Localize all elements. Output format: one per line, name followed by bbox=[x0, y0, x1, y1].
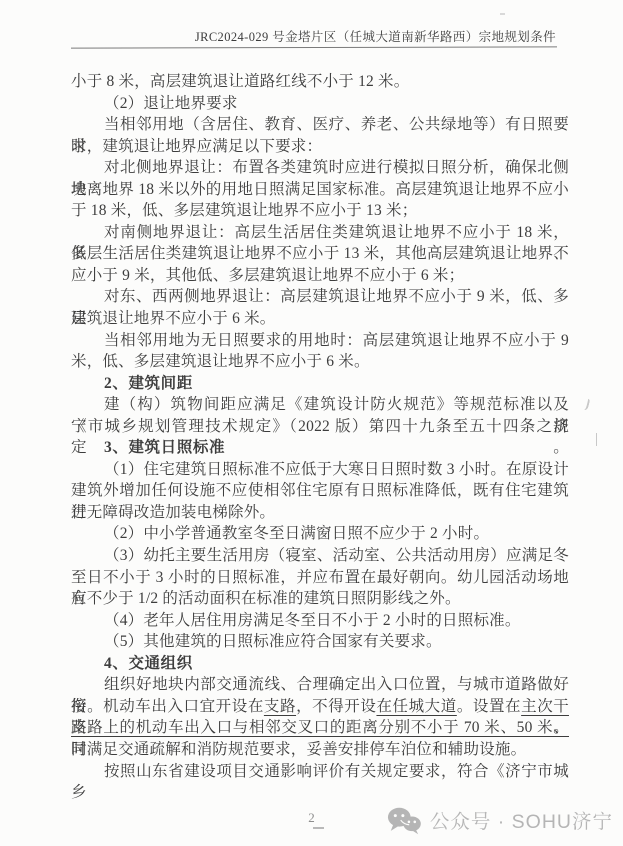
text-line: 建筑退让地界不应小于 6 米。 bbox=[71, 308, 569, 330]
text-line: （2）中小学普通教室冬至日满窗日照不应少于 2 小时。 bbox=[71, 523, 569, 545]
text-line: 对南侧地界退让：高层生活居住类建筑退让地界不应小于 18 米，低、 bbox=[71, 222, 569, 244]
text-line: 至日不小于 3 小时的日照标准，并应布置在最好朝向。幼儿园活动场地应 bbox=[71, 567, 569, 589]
watermark-label: 公众号 · SOHU济宁 bbox=[430, 806, 613, 834]
text-line: （4）老年人居住用房满足冬至日不小于 2 小时的日照标准。 bbox=[71, 610, 569, 632]
document-page: JRC2024-029 号金塔片区（任城大道南新华路西）宗地规划条件 小于 8 … bbox=[0, 0, 623, 846]
text-line: 4、交通组织 bbox=[71, 653, 569, 675]
text-line: 接。机动车出入口宜开设在支路，不得开设在任城大道。设置在主次干路、 bbox=[71, 696, 569, 718]
text-line: 当相邻用地（含居住、教育、医疗、养老、公共绿地等）有日照要求 bbox=[71, 114, 569, 136]
text-line: 按照山东省建设项目交通影响评价有关规定要求，符合《济宁市城乡 bbox=[71, 761, 569, 783]
text-line: 对东、西两侧地界退让：高层建筑退让地界不应小于 9 米，低、多层 bbox=[71, 286, 569, 308]
text-line: 小于 8 米，高层建筑退让道路红线不小于 12 米。 bbox=[71, 71, 569, 93]
page-header-title: JRC2024-029 号金塔片区（任城大道南新华路西）宗地规划条件 bbox=[195, 27, 556, 45]
text-line: 有不少于 1/2 的活动面积在标准的建筑日照阴影线之外。 bbox=[71, 588, 569, 610]
text-line: （3）幼托主要生活用房（寝室、活动室、公共活动用房）应满足冬 bbox=[71, 545, 569, 567]
page-number-underline bbox=[313, 827, 324, 829]
text-line: 建筑外增加任何设施不应使相邻住宅原有日照标准降低，既有住宅建筑进 bbox=[71, 480, 569, 502]
text-line: 组织好地块内部交通流线、合理确定出入口位置，与城市道路做好衔 bbox=[71, 674, 569, 696]
text-line: 宁市城乡规划管理技术规定》（2022 版）第四十九条至五十四条之规定。 bbox=[71, 416, 569, 438]
text-line: 米，低、多层建筑退让地界不应小于 6 米。 bbox=[71, 351, 569, 373]
text-line: （2）退让地界要求 bbox=[71, 93, 569, 115]
text-line: 当相邻用地为无日照要求的用地时：高层建筑退让地界不应小于 9 bbox=[71, 330, 569, 352]
header-divider bbox=[71, 46, 557, 48]
document-body: 小于 8 米，高层建筑退让道路红线不小于 12 米。（2）退让地界要求当相邻用地… bbox=[71, 71, 569, 782]
text-line: （1）住宅建筑日照标准不应低于大寒日日照时数 3 小时。在原设计 bbox=[71, 459, 569, 481]
text-line: 建（构）筑物间距应满足《建筑设计防火规范》等规范标准以及《济 bbox=[71, 394, 569, 416]
text-line: 时，建筑退让地界应满足以下要求： bbox=[71, 136, 569, 158]
text-line: （5）其他建筑的日照标准应符合国家有关要求。 bbox=[71, 631, 569, 653]
text-line: 应小于 9 米，其他低、多层建筑退让地界不应小于 6 米； bbox=[71, 265, 569, 287]
text-line: 时满足交通疏解和消防规范要求，妥善安排停车泊位和辅助设施。 bbox=[71, 739, 569, 761]
text-line: 支路上的机动车出入口与相邻交叉口的距离分别不小于 70 米、50 米。同 bbox=[71, 717, 569, 739]
watermark: 公众号 · SOHU济宁 bbox=[387, 805, 613, 835]
text-line: 于 18 米，低、多层建筑退让地界不应小于 13 米； bbox=[71, 200, 569, 222]
text-line: 2、建筑间距 bbox=[71, 373, 569, 395]
scan-artifact bbox=[579, 397, 591, 411]
wechat-icon bbox=[387, 806, 421, 835]
text-line: 块离地界 18 米以外的用地日照满足国家标准。高层建筑退让地界不应小 bbox=[71, 179, 569, 201]
text-line: 行无障碍改造加装电梯除外。 bbox=[71, 502, 569, 524]
text-line: 对北侧地界退让：布置各类建筑时应进行模拟日照分析，确保北侧地 bbox=[71, 157, 569, 179]
text-line: 多层生活居住类建筑退让地界不应小于 13 米，其他高层建筑退让地界不 bbox=[71, 243, 569, 265]
scan-artifact bbox=[500, 13, 505, 15]
scan-artifact bbox=[596, 433, 597, 446]
